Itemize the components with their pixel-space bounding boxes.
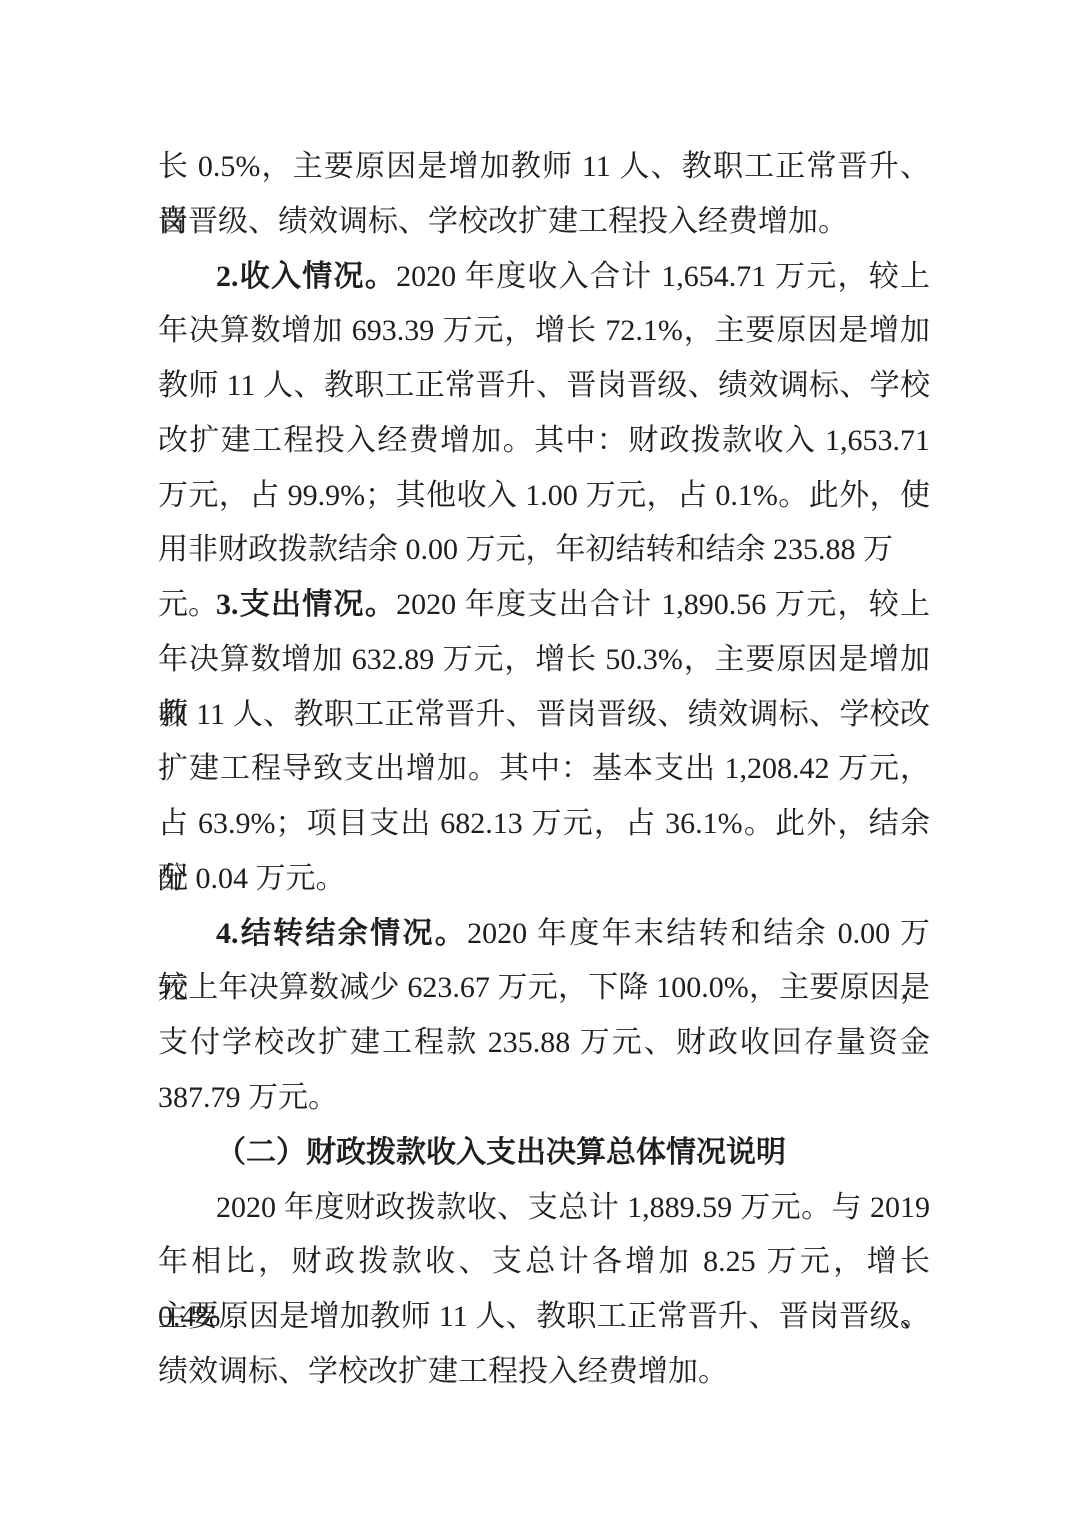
- paragraph-line: 年决算数增加 693.39 万元，增长 72.1%，主要原因是增加: [158, 304, 930, 359]
- paragraph-line: 配 0.04 万元。: [158, 852, 930, 907]
- paragraph-line: 主要原因是增加教师 11 人、教职工正常晋升、晋岗晋级、: [158, 1290, 930, 1345]
- text-segment: 配 0.04 万元。: [158, 862, 346, 895]
- bold-text-segment: 4.结转结余情况。: [216, 917, 467, 950]
- paragraph-line: 年决算数增加 632.89 万元，增长 50.3%，主要原因是增加教: [158, 633, 930, 688]
- paragraph-line: 改扩建工程投入经费增加。其中：财政拨款收入 1,653.71: [158, 414, 930, 469]
- text-segment: 万元，占 99.9%；其他收入 1.00 万元，占 0.1%。此外，使: [158, 479, 930, 512]
- paragraph-line: 占 63.9%；项目支出 682.13 万元，占 36.1%。此外，结余分: [158, 797, 930, 852]
- text-segment: 支付学校改扩建工程款 235.88 万元、财政收回存量资金: [158, 1026, 930, 1059]
- paragraph-line: 年相比，财政拨款收、支总计各增加 8.25 万元，增长 0.4%。: [158, 1235, 930, 1290]
- bold-text-segment: 3.支出情况。: [216, 588, 396, 621]
- section-heading: （二）财政拨款收入支出决算总体情况说明: [158, 1126, 930, 1181]
- paragraph-line: 教师 11 人、教职工正常晋升、晋岗晋级、绩效调标、学校: [158, 359, 930, 414]
- text-segment: 师 11 人、教职工正常晋升、晋岗晋级、绩效调标、学校改: [158, 698, 930, 731]
- text-segment: 2020 年度收入合计 1,654.71 万元，较上: [396, 260, 930, 293]
- paragraph-line: 2.收入情况。2020 年度收入合计 1,654.71 万元，较上: [158, 250, 930, 305]
- paragraph-line: 387.79 万元。: [158, 1071, 930, 1126]
- document-body: 长 0.5%，主要原因是增加教师 11 人、教职工正常晋升、晋岗晋级、绩效调标、…: [158, 140, 930, 1400]
- paragraph-line: 绩效调标、学校改扩建工程投入经费增加。: [158, 1345, 930, 1400]
- text-segment: 教师 11 人、教职工正常晋升、晋岗晋级、绩效调标、学校: [158, 369, 930, 402]
- paragraph-line: 4.结转结余情况。2020 年度年末结转和结余 0.00 万元，: [158, 907, 930, 962]
- text-segment: 岗晋级、绩效调标、学校改扩建工程投入经费增加。: [158, 205, 848, 238]
- text-segment: 2020 年度支出合计 1,890.56 万元，较上: [396, 588, 930, 621]
- text-segment: 较上年决算数减少 623.67 万元，下降 100.0%，主要原因是: [158, 971, 930, 1004]
- paragraph-line: 用非财政拨款结余 0.00 万元，年初结转和结余 235.88 万元。: [158, 523, 930, 578]
- paragraph-line: 万元，占 99.9%；其他收入 1.00 万元，占 0.1%。此外，使: [158, 469, 930, 524]
- text-segment: 年决算数增加 693.39 万元，增长 72.1%，主要原因是增加: [158, 314, 930, 347]
- paragraph-line: 2020 年度财政拨款收、支总计 1,889.59 万元。与 2019: [158, 1181, 930, 1236]
- document-page: 长 0.5%，主要原因是增加教师 11 人、教职工正常晋升、晋岗晋级、绩效调标、…: [0, 0, 1074, 1520]
- bold-text-segment: 2.收入情况。: [216, 260, 396, 293]
- bold-text-segment: （二）财政拨款收入支出决算总体情况说明: [216, 1136, 786, 1169]
- text-segment: 387.79 万元。: [158, 1081, 338, 1114]
- text-segment: 改扩建工程投入经费增加。其中：财政拨款收入 1,653.71: [158, 424, 930, 457]
- paragraph-line: 长 0.5%，主要原因是增加教师 11 人、教职工正常晋升、晋: [158, 140, 930, 195]
- paragraph-line: 较上年决算数减少 623.67 万元，下降 100.0%，主要原因是: [158, 961, 930, 1016]
- text-segment: 扩建工程导致支出增加。其中：基本支出 1,208.42 万元，: [158, 752, 930, 785]
- text-segment: 主要原因是增加教师 11 人、教职工正常晋升、晋岗晋级、: [158, 1300, 930, 1333]
- paragraph-line: 扩建工程导致支出增加。其中：基本支出 1,208.42 万元，: [158, 742, 930, 797]
- paragraph-line: 支付学校改扩建工程款 235.88 万元、财政收回存量资金: [158, 1016, 930, 1071]
- paragraph-line: 岗晋级、绩效调标、学校改扩建工程投入经费增加。: [158, 195, 930, 250]
- paragraph-line: 3.支出情况。2020 年度支出合计 1,890.56 万元，较上: [158, 578, 930, 633]
- text-segment: 绩效调标、学校改扩建工程投入经费增加。: [158, 1355, 728, 1388]
- text-segment: 2020 年度财政拨款收、支总计 1,889.59 万元。与 2019: [216, 1191, 930, 1224]
- paragraph-line: 师 11 人、教职工正常晋升、晋岗晋级、绩效调标、学校改: [158, 688, 930, 743]
